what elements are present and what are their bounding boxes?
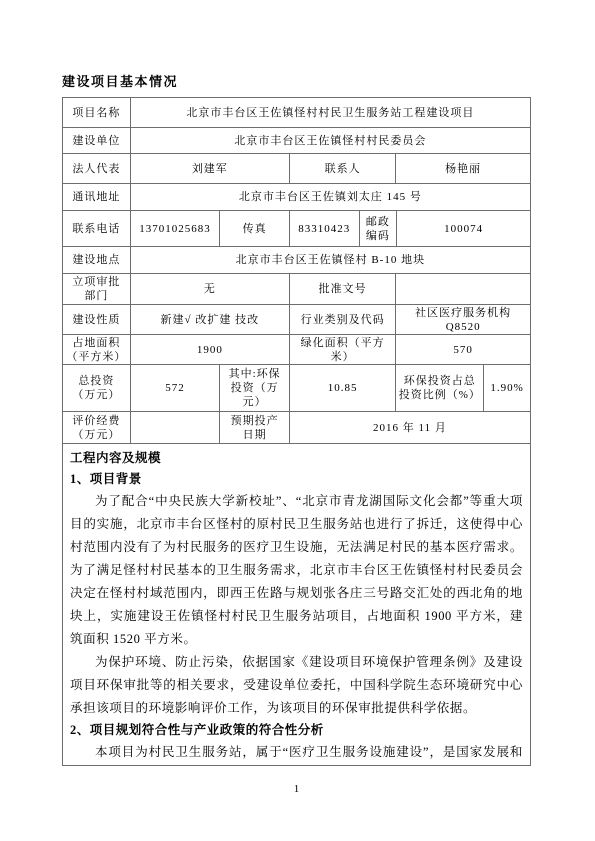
phone-value: 13701025683 — [131, 211, 221, 246]
eval-fee-label: 评价经费 （万元） — [63, 412, 131, 443]
legal-rep-label: 法人代表 — [63, 154, 131, 183]
address-value: 北京市丰台区王佐镇刘太庄 145 号 — [131, 184, 530, 210]
investment-label: 总投资 （万元） — [63, 365, 131, 411]
row-project-name: 项目名称 北京市丰台区王佐镇怪村村民卫生服务站工程建设项目 — [63, 98, 530, 128]
project-content-section: 工程内容及规模 1、项目背景 为了配合“中央民族大学新校址”、“北京市青龙湖国际… — [63, 444, 530, 765]
page-title: 建设项目基本情况 — [62, 74, 531, 90]
project-name-value: 北京市丰台区王佐镇怪村村民卫生服务站工程建设项目 — [131, 98, 530, 127]
site-value: 北京市丰台区王佐镇怪村 B-10 地块 — [131, 247, 530, 273]
section-title: 工程内容及规模 — [70, 448, 523, 469]
green-area-label: 绿化面积（平方 米） — [290, 335, 396, 364]
approval-doc-value — [396, 274, 530, 304]
page-number: 1 — [62, 783, 531, 795]
row-legal-rep: 法人代表 刘建军 联系人 杨艳丽 — [63, 154, 530, 184]
legal-rep-value: 刘建军 — [131, 154, 290, 183]
approval-dept-value: 无 — [131, 274, 290, 304]
area-label: 占地面积 （平方米） — [63, 335, 131, 364]
postcode-value: 100074 — [397, 211, 530, 246]
row-address: 通讯地址 北京市丰台区王佐镇刘太庄 145 号 — [63, 184, 530, 211]
investment-value: 572 — [131, 365, 221, 411]
fax-label: 传真 — [220, 211, 290, 246]
row-area: 占地面积 （平方米） 1900 绿化面积（平方 米） 570 — [63, 335, 530, 365]
row-eval-fee: 评价经费 （万元） 预期投产 日期 2016 年 11 月 — [63, 412, 530, 444]
nature-label: 建设性质 — [63, 305, 131, 334]
production-date-value: 2016 年 11 月 — [290, 412, 530, 443]
env-ratio-label: 环保投资占总 投资比例（%） — [396, 365, 484, 411]
project-info-table: 项目名称 北京市丰台区王佐镇怪村村民卫生服务站工程建设项目 建设单位 北京市丰台… — [62, 97, 531, 766]
heading-policy-analysis: 2、项目规划符合性与产业政策的符合性分析 — [70, 720, 523, 741]
row-build-unit: 建设单位 北京市丰台区王佐镇怪村村民委员会 — [63, 128, 530, 154]
row-phone: 联系电话 13701025683 传真 83310423 邮政 编码 10007… — [63, 211, 530, 247]
env-ratio-value: 1.90% — [484, 365, 530, 411]
env-investment-value: 10.85 — [290, 365, 396, 411]
paragraph-policy-1: 本项目为村民卫生服务站，属于“医疗卫生服务设施建设”，是国家发展和改革委员会《产… — [70, 741, 523, 765]
contact-value: 杨艳丽 — [396, 154, 530, 183]
nature-value: 新建√ 改扩建 技改 — [131, 305, 290, 334]
phone-label: 联系电话 — [63, 211, 131, 246]
industry-value: 社区医疗服务机构 Q8520 — [396, 305, 530, 334]
industry-label: 行业类别及代码 — [290, 305, 396, 334]
fax-value: 83310423 — [290, 211, 360, 246]
approval-dept-label: 立项审批 部门 — [63, 274, 131, 304]
row-project-content: 工程内容及规模 1、项目背景 为了配合“中央民族大学新校址”、“北京市青龙湖国际… — [63, 444, 530, 765]
green-area-value: 570 — [396, 335, 530, 364]
area-value: 1900 — [131, 335, 290, 364]
eval-fee-value — [131, 412, 221, 443]
approval-doc-label: 批准文号 — [290, 274, 396, 304]
row-approval-dept: 立项审批 部门 无 批准文号 — [63, 274, 530, 305]
project-name-label: 项目名称 — [63, 98, 131, 127]
heading-project-background: 1、项目背景 — [70, 469, 523, 490]
row-nature: 建设性质 新建√ 改扩建 技改 行业类别及代码 社区医疗服务机构 Q8520 — [63, 305, 530, 335]
postcode-label: 邮政 编码 — [360, 211, 398, 246]
paragraph-background-1: 为了配合“中央民族大学新校址”、“北京市青龙湖国际文化会都”等重大项目的实施，北… — [70, 490, 523, 651]
production-date-label: 预期投产 日期 — [220, 412, 290, 443]
address-label: 通讯地址 — [63, 184, 131, 210]
row-investment: 总投资 （万元） 572 其中:环保 投资（万 元） 10.85 环保投资占总 … — [63, 365, 530, 412]
build-unit-value: 北京市丰台区王佐镇怪村村民委员会 — [131, 128, 530, 153]
document-page: 建设项目基本情况 项目名称 北京市丰台区王佐镇怪村村民卫生服务站工程建设项目 建… — [62, 74, 531, 766]
paragraph-background-2: 为保护环境、防止污染，依据国家《建设项目环境保护管理条例》及建设项目环保审批等的… — [70, 651, 523, 720]
contact-label: 联系人 — [290, 154, 396, 183]
build-unit-label: 建设单位 — [63, 128, 131, 153]
env-investment-label: 其中:环保 投资（万 元） — [220, 365, 290, 411]
site-label: 建设地点 — [63, 247, 131, 273]
row-site: 建设地点 北京市丰台区王佐镇怪村 B-10 地块 — [63, 247, 530, 274]
